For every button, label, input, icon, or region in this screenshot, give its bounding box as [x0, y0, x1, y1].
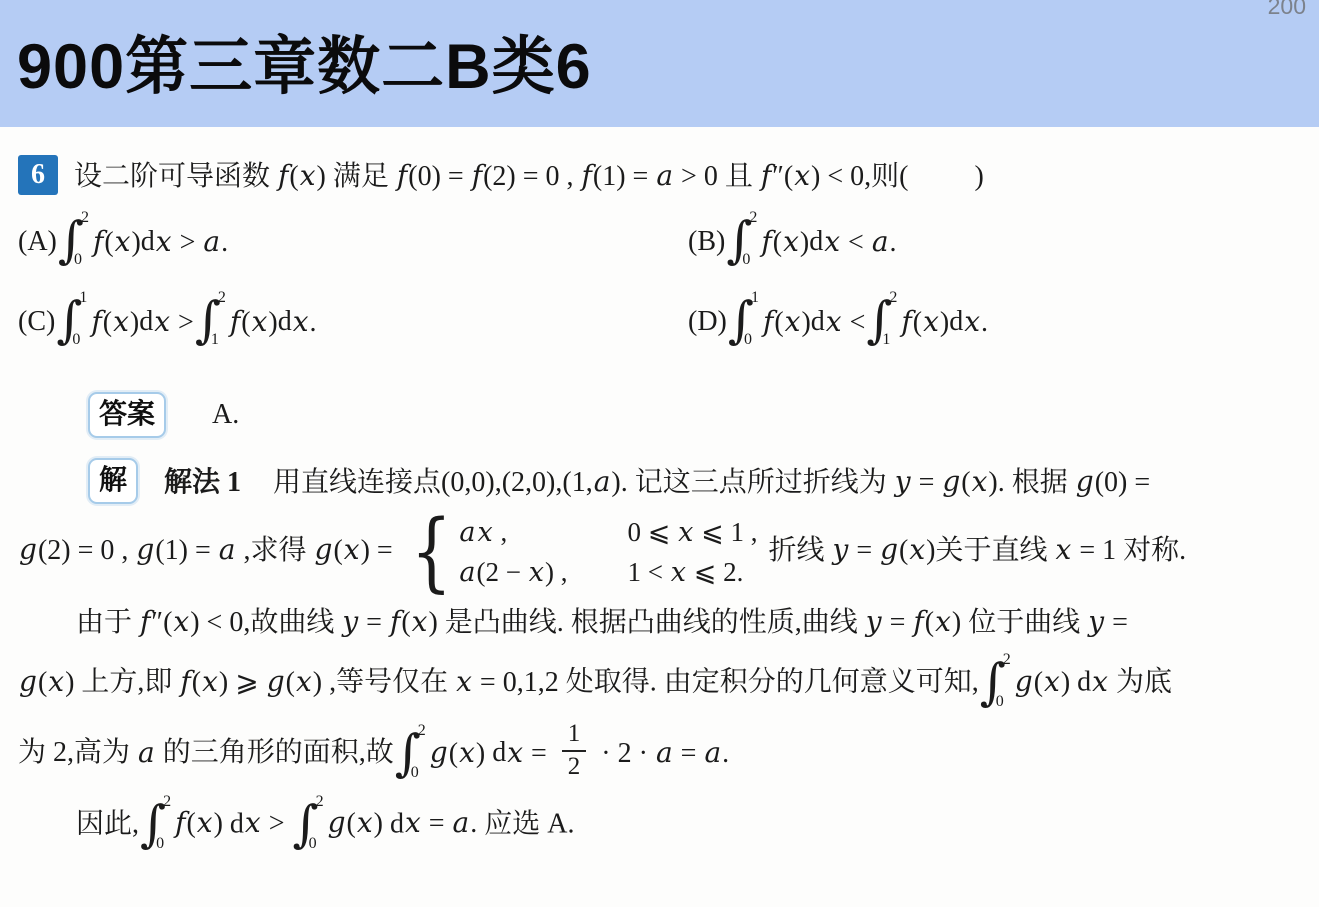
integral-limits: 20	[418, 723, 426, 783]
options: (A) ∫20f(x) dx > a. (B) ∫20f(x) dx < a. …	[18, 202, 1297, 362]
integral-limits: 21	[218, 290, 226, 350]
integral: ∫20	[395, 723, 426, 783]
option-a: (A) ∫20f(x) dx > a.	[18, 202, 688, 282]
math-run: · 2 · a = a.	[594, 738, 729, 769]
text-run: 处取得. 由定积分的几何意义可知,	[566, 667, 979, 698]
math-run: y = g(x)	[831, 535, 935, 566]
integral-lower-limit: 0	[996, 694, 1011, 710]
integral-upper-limit: 1	[751, 290, 759, 306]
math-variable: x	[114, 225, 132, 258]
answer-badge: 答案	[88, 392, 166, 438]
math-run: g(2) = 0 , g(1) = a ,	[18, 535, 250, 566]
math-variable: x	[244, 806, 262, 839]
math-run: f(x)	[229, 301, 278, 344]
math-variable: g	[429, 736, 449, 769]
math-run: f(x)	[92, 221, 141, 264]
math-variable: y	[894, 465, 912, 498]
math-run: x.	[292, 301, 317, 344]
text-run: 为 2,高为	[18, 738, 137, 769]
roman-d: d	[141, 221, 155, 263]
math-run: x = 0,1,2	[455, 667, 566, 698]
math-run: x =	[506, 738, 554, 769]
option-d: (D) ∫10f(x) dx < ∫21f(x) dx.	[688, 282, 1297, 362]
roman-d: d	[230, 808, 244, 839]
integral-limits: 21	[889, 290, 897, 350]
math-variable: x	[477, 517, 494, 548]
math-variable: x	[1091, 665, 1109, 698]
integral-upper-limit: 2	[749, 210, 757, 226]
piecewise-cases: {ax ,0 ⩽ x ⩽ 1 ,a(2 − x) ,1 < x ⩽ 2.	[404, 514, 758, 591]
text-run: 求得	[250, 535, 313, 566]
fraction: 12	[562, 720, 587, 782]
bold-label: 解法 1	[164, 467, 241, 498]
math-run: f(x)	[270, 161, 333, 192]
math-variable: f	[174, 806, 186, 839]
math-run: g(x)	[18, 667, 74, 698]
math-variable: x	[404, 806, 422, 839]
math-run: g(x)	[429, 738, 492, 769]
math-variable: x	[295, 665, 313, 698]
math-variable: a	[137, 736, 156, 769]
integral: ∫10	[728, 290, 759, 350]
text-run: 由于	[76, 607, 139, 638]
integral-lower-limit: 1	[882, 332, 897, 348]
page-content: 6 设二阶可导函数 f(x) 满足 f(0) = f(2) = 0 , f(1)…	[0, 127, 1319, 856]
math-variable: a	[593, 465, 612, 498]
math-variable: x	[172, 605, 190, 638]
roman-d: d	[809, 221, 823, 263]
math-run: g(x)	[327, 808, 390, 839]
math-variable: f	[179, 665, 191, 698]
math-variable: f	[92, 225, 104, 258]
case-expression: ax ,	[458, 516, 567, 549]
math-run: x >	[153, 301, 194, 344]
integral-upper-limit: 2	[163, 794, 171, 810]
answer-value: A.	[212, 394, 239, 436]
left-brace: {	[411, 514, 452, 591]
solution-badge: 解	[88, 458, 138, 504]
math-run: (0,0),(2,0),(1,a).	[441, 467, 635, 498]
math-run: f(0) = f(2) = 0 , f(1) = a > 0	[389, 161, 725, 192]
integral-limits: 20	[749, 210, 757, 270]
math-run: f(x)	[900, 301, 949, 344]
text-run: ,等号仅在	[329, 667, 455, 698]
math-variable: f	[760, 159, 772, 192]
roman-d: d	[492, 738, 506, 769]
math-variable: x	[153, 305, 171, 338]
integral: ∫21	[195, 290, 226, 350]
math-variable: f	[277, 159, 289, 192]
math-run: y = f(x)	[341, 607, 437, 638]
note-header: 900第三章数二B类6 200	[0, 0, 1319, 127]
integral-upper-limit: 2	[889, 290, 897, 306]
problem-statement: 设二阶可导函数 f(x) 满足 f(0) = f(2) = 0 , f(1) =…	[74, 153, 1297, 198]
integral: ∫20	[980, 652, 1011, 712]
math-variable: x	[784, 305, 802, 338]
math-variable: x	[971, 465, 989, 498]
math-variable: g	[879, 533, 899, 566]
math-run: f″(x) < 0	[753, 161, 864, 192]
math-run: x >	[244, 808, 292, 839]
text-run: 设二阶可导函数	[74, 161, 270, 192]
cases-body: ax ,0 ⩽ x ⩽ 1 ,a(2 − x) ,1 < x ⩽ 2.	[458, 516, 757, 589]
math-variable: f	[762, 305, 774, 338]
math-variable: x	[299, 159, 317, 192]
integral-limits: 20	[1003, 652, 1011, 712]
text-run: ,故曲线	[243, 607, 341, 638]
math-run: f(x) ⩾ g(x)	[172, 667, 329, 698]
math-run: f(x)	[90, 301, 139, 344]
math-run: y = g(x).	[894, 467, 1012, 498]
integral-lower-limit: 0	[74, 252, 89, 268]
math-variable: a	[871, 225, 890, 258]
math-run: f(x)	[760, 221, 809, 264]
text-run: (B)	[688, 221, 725, 263]
integral: ∫10	[56, 290, 87, 350]
case-condition: 0 ⩽ x ⩽ 1 ,	[627, 516, 757, 549]
math-run: g(x)	[1014, 667, 1077, 698]
text-run: 上方,即	[74, 667, 172, 698]
integral-lower-limit: 0	[744, 332, 759, 348]
math-variable: x	[823, 225, 841, 258]
text-run: 关于直线	[936, 535, 1055, 566]
text-run: 用直线连接点	[273, 467, 441, 498]
math-variable: x	[922, 305, 940, 338]
math-run: g(0) =	[1075, 467, 1150, 498]
text-run: 位于曲线	[961, 607, 1087, 638]
text-run: 且	[725, 161, 753, 192]
problem: 6 设二阶可导函数 f(x) 满足 f(0) = f(2) = 0 , f(1)…	[18, 153, 1297, 198]
math-variable: x	[1055, 533, 1073, 566]
math-variable: a	[655, 736, 674, 769]
roman-d: d	[139, 301, 153, 343]
math-variable: x	[251, 305, 269, 338]
math-variable: x	[825, 305, 843, 338]
roman-d: d	[278, 301, 292, 343]
math-run: x	[1091, 667, 1116, 698]
math-variable: g	[18, 533, 38, 566]
math-run: f(x)	[762, 301, 811, 344]
math-variable: f	[229, 305, 241, 338]
option-b: (B) ∫20f(x) dx < a.	[688, 202, 1297, 282]
text-run: 是凸曲线. 根据凸曲线的性质,曲线	[438, 607, 865, 638]
math-run: x > a.	[155, 221, 228, 264]
math-run: a	[137, 738, 156, 769]
integral: ∫20	[293, 794, 324, 854]
math-variable: g	[941, 465, 961, 498]
text-run: 满足	[333, 161, 389, 192]
math-variable: x	[670, 557, 687, 588]
case-condition: 1 < x ⩽ 2.	[627, 556, 757, 589]
integral: ∫20	[140, 794, 171, 854]
math-variable: y	[865, 605, 883, 638]
math-run: f(x)	[174, 808, 230, 839]
math-variable: x	[196, 806, 214, 839]
math-variable: x	[528, 557, 545, 588]
math-variable: x	[201, 665, 219, 698]
text-run: ,则(	[864, 161, 908, 192]
math-variable: g	[135, 533, 155, 566]
integral-lower-limit: 0	[309, 836, 324, 852]
text-run: (C)	[18, 301, 55, 343]
integral-lower-limit: 0	[72, 332, 87, 348]
integral-upper-limit: 1	[79, 290, 87, 306]
math-run: y =	[1087, 607, 1128, 638]
math-variable: x	[112, 305, 130, 338]
math-variable: f	[581, 159, 593, 192]
answer-row: 答案 A.	[88, 392, 1297, 438]
integral-upper-limit: 2	[81, 210, 89, 226]
math-variable: x	[963, 305, 981, 338]
math-variable: x	[343, 533, 361, 566]
integral-upper-limit: 2	[418, 723, 426, 739]
roman-d: d	[811, 301, 825, 343]
text-run: )	[974, 161, 983, 192]
integral-upper-limit: 2	[218, 290, 226, 306]
math-variable: y	[831, 533, 849, 566]
math-run: x = a.	[404, 808, 484, 839]
math-variable: x	[455, 665, 473, 698]
text-run: 对称.	[1116, 535, 1186, 566]
solution-row: 解 解法 1用直线连接点(0,0),(2,0),(1,a). 记这三点所过折线为…	[88, 458, 1297, 504]
math-run: x <	[825, 301, 866, 344]
option-c: (C) ∫10f(x) dx > ∫21f(x) dx.	[18, 282, 688, 362]
note-title: 900第三章数二B类6	[17, 16, 592, 107]
fraction-denominator: 2	[568, 752, 581, 782]
math-variable: f	[471, 159, 483, 192]
text-run: (D)	[688, 301, 727, 343]
math-variable: f	[912, 605, 924, 638]
math-variable: g	[314, 533, 334, 566]
math-variable: f	[900, 305, 912, 338]
problem-number-badge: 6	[18, 155, 58, 195]
integral-limits: 20	[163, 794, 171, 854]
integral-lower-limit: 0	[156, 836, 171, 852]
math-variable: x	[292, 305, 310, 338]
solution-line-4: g(x) 上方,即 f(x) ⩾ g(x) ,等号仅在 x = 0,1,2 处取…	[18, 654, 1297, 714]
math-run: x = 1	[1055, 535, 1117, 566]
integral-limits: 10	[751, 290, 759, 350]
fraction-numerator: 1	[562, 720, 587, 752]
roman-d: d	[390, 808, 404, 839]
integral: ∫21	[866, 290, 897, 350]
math-run: x.	[963, 301, 988, 344]
roman-d: d	[1077, 667, 1091, 698]
math-variable: a	[218, 533, 237, 566]
solution-line-5: 为 2,高为 a 的三角形的面积,故∫20g(x) dx = 12 · 2 · …	[18, 724, 1297, 786]
solution-line-1: 解法 1用直线连接点(0,0),(2,0),(1,a). 记这三点所过折线为 y…	[164, 458, 1297, 504]
math-variable: y	[1087, 605, 1105, 638]
math-variable: a	[703, 736, 722, 769]
math-variable: g	[1075, 465, 1095, 498]
solution-line-3: 由于 f″(x) < 0,故曲线 y = f(x) 是凸曲线. 根据凸曲线的性质…	[18, 601, 1297, 644]
math-variable: f	[389, 605, 401, 638]
integral-limits: 20	[316, 794, 324, 854]
math-variable: x	[782, 225, 800, 258]
math-variable: x	[458, 736, 476, 769]
math-run: x < a.	[823, 221, 896, 264]
integral-limits: 20	[81, 210, 89, 270]
math-variable: x	[677, 517, 694, 548]
math-run: f″(x) < 0	[139, 607, 243, 638]
math-variable: g	[327, 806, 347, 839]
math-variable: x	[793, 159, 811, 192]
math-variable: g	[266, 665, 286, 698]
math-run: g(x) =	[314, 535, 400, 566]
integral: ∫20	[58, 210, 89, 270]
math-variable: x	[908, 533, 926, 566]
math-variable: x	[411, 605, 429, 638]
text-run: 的三角形的面积,故	[156, 738, 394, 769]
integral-lower-limit: 0	[411, 765, 426, 781]
math-variable: y	[341, 605, 359, 638]
math-variable: f	[90, 305, 102, 338]
roman-d: d	[949, 301, 963, 343]
text-run: (A)	[18, 221, 57, 263]
text-run: 应选 A.	[484, 808, 574, 839]
solution-line-2: g(2) = 0 , g(1) = a ,求得 g(x) = {ax ,0 ⩽ …	[18, 514, 1297, 591]
integral-limits: 10	[79, 290, 87, 350]
math-variable: g	[18, 665, 38, 698]
math-variable: x	[506, 736, 524, 769]
integral-upper-limit: 2	[316, 794, 324, 810]
integral: ∫20	[726, 210, 757, 270]
text-run: 为底	[1116, 667, 1172, 698]
text-run: 因此,	[76, 808, 139, 839]
page-number: 200	[1268, 0, 1306, 20]
math-variable: a	[452, 806, 471, 839]
math-run: y = f(x)	[865, 607, 961, 638]
math-variable: x	[934, 605, 952, 638]
case-expression: a(2 − x) ,	[458, 556, 567, 589]
math-variable: f	[760, 225, 772, 258]
solution-line-6: 因此,∫20f(x) dx > ∫20g(x) dx = a. 应选 A.	[18, 796, 1297, 856]
math-variable: x	[1043, 665, 1061, 698]
text-run: 折线	[761, 535, 831, 566]
math-variable: g	[1014, 665, 1034, 698]
math-variable: a	[655, 159, 674, 192]
math-variable: a	[202, 225, 221, 258]
math-variable: a	[458, 557, 476, 588]
integral-lower-limit: 1	[211, 332, 226, 348]
math-variable: f	[396, 159, 408, 192]
math-variable: f	[139, 605, 151, 638]
math-variable: x	[47, 665, 65, 698]
integral-upper-limit: 2	[1003, 652, 1011, 668]
math-variable: x	[155, 225, 173, 258]
text-run: 记这三点所过折线为	[635, 467, 894, 498]
text-run: 根据	[1012, 467, 1075, 498]
math-variable: a	[458, 517, 476, 548]
math-variable: x	[356, 806, 374, 839]
integral-lower-limit: 0	[742, 252, 757, 268]
